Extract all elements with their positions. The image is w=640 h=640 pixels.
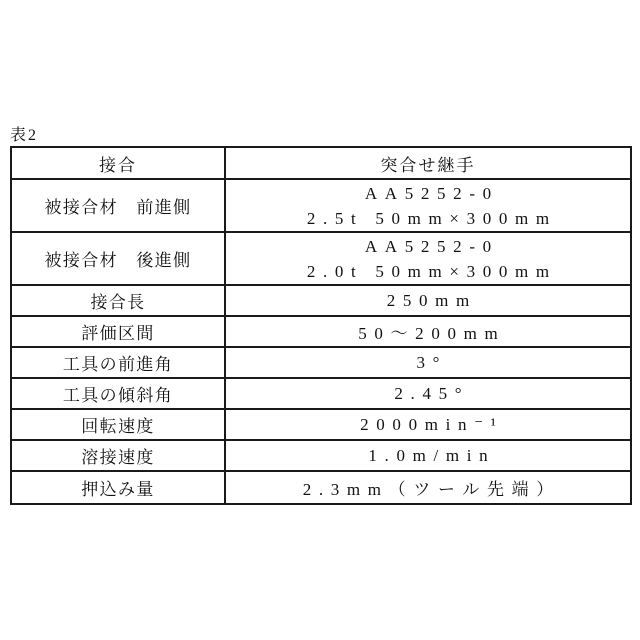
row-value-evaluation-section: 50～200mm [225,316,631,347]
table-row: 工具の傾斜角 2.45° [11,378,631,409]
row-label-tool-tilt-angle: 工具の傾斜角 [11,378,225,409]
value-line-dimensions: 2.0t 50mm×300mm [226,259,630,284]
table-row: 押込み量 2.3mm（ツール先端） [11,471,631,504]
row-label-rotation-speed: 回転速度 [11,409,225,440]
value-line-dimensions: 2.5t 50mm×300mm [226,206,630,231]
table-row: 溶接速度 1.0m/min [11,440,631,471]
row-value-workpiece-retreating: AA5252-0 2.0t 50mm×300mm [225,232,631,285]
value-line-alloy: AA5252-0 [226,181,630,206]
table-row: 回転速度 2000min⁻¹ [11,409,631,440]
row-value-joint-length: 250mm [225,285,631,316]
row-value-workpiece-advancing: AA5252-0 2.5t 50mm×300mm [225,179,631,232]
table-row: 工具の前進角 3° [11,347,631,378]
row-label-welding-speed: 溶接速度 [11,440,225,471]
row-label-workpiece-advancing: 被接合材 前進側 [11,179,225,232]
table-caption: 表2 [10,122,38,145]
header-cell-joint: 接合 [11,147,225,179]
row-label-workpiece-retreating: 被接合材 後進側 [11,232,225,285]
row-value-tool-tilt-angle: 2.45° [225,378,631,409]
table-row: 接合長 250mm [11,285,631,316]
row-label-plunge-depth: 押込み量 [11,471,225,504]
row-value-plunge-depth: 2.3mm（ツール先端） [225,471,631,504]
row-value-rotation-speed: 2000min⁻¹ [225,409,631,440]
table-header-row: 接合 突合せ継手 [11,147,631,179]
row-value-welding-speed: 1.0m/min [225,440,631,471]
table-row: 被接合材 前進側 AA5252-0 2.5t 50mm×300mm [11,179,631,232]
table-row: 被接合材 後進側 AA5252-0 2.0t 50mm×300mm [11,232,631,285]
header-cell-joint-type: 突合せ継手 [225,147,631,179]
table-row: 評価区間 50～200mm [11,316,631,347]
row-label-tool-advance-angle: 工具の前進角 [11,347,225,378]
spec-table: 接合 突合せ継手 被接合材 前進側 AA5252-0 2.5t 50mm×300… [10,146,632,505]
row-label-evaluation-section: 評価区間 [11,316,225,347]
row-value-tool-advance-angle: 3° [225,347,631,378]
document-page: 表2 接合 突合せ継手 被接合材 前進側 AA5252-0 2.5t 50mm×… [0,0,640,640]
row-label-joint-length: 接合長 [11,285,225,316]
value-line-alloy: AA5252-0 [226,234,630,259]
